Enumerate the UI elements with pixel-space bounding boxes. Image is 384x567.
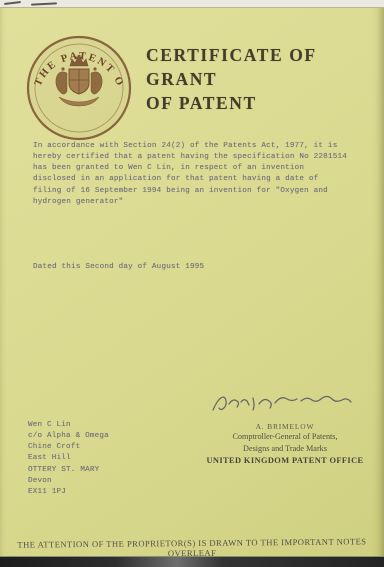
scanner-top-edge (0, 0, 384, 8)
body-line: In accordance with Section 24(2) of the … (33, 141, 349, 152)
title-line-2: OF PATENT (146, 93, 257, 113)
certificate-body: In accordance with Section 24(2) of the … (33, 141, 349, 208)
dated-line: Dated this Second day of August 1995 (33, 262, 204, 273)
address-line: c/o Alpha & Omega (28, 431, 109, 442)
address-line: East Hill (28, 453, 109, 464)
certificate-scan-page: THE PATENT OFFICE CERTIFICATE OF GRANT O… (0, 0, 384, 567)
signatory-title-line: Comptroller-General of Patents, (196, 432, 374, 443)
addressee-block: Wen C Lin c/o Alpha & Omega Chine Croft … (28, 420, 109, 498)
body-line: filing of 16 September 1994 being an inv… (33, 186, 349, 197)
handwritten-signature (205, 388, 365, 418)
address-line: Wen C Lin (28, 420, 109, 431)
address-line: EX11 1PJ (28, 487, 109, 498)
scanner-bottom-edge (0, 556, 384, 567)
address-line: Chine Croft (28, 442, 109, 453)
address-line: OTTERY ST. MARY (28, 465, 109, 476)
signatory-block: A. BRIMELOW Comptroller-General of Paten… (196, 388, 374, 465)
page-title: CERTIFICATE OF GRANT OF PATENT (146, 43, 372, 115)
body-line: hydrogen generator" (33, 197, 349, 208)
patent-office-seal royal-coat-of-arms-icon: THE PATENT OFFICE (24, 33, 134, 143)
body-line: disclosed in an application for that pat… (33, 174, 349, 185)
address-line: Devon (28, 476, 109, 487)
body-line: hereby certified that a patent having th… (33, 152, 349, 163)
signatory-title-line: Designs and Trade Marks (196, 444, 374, 455)
signatory-name: A. BRIMELOW (196, 422, 374, 431)
body-line: has been granted to Wen C Lin, in respec… (33, 163, 349, 174)
title-line-1: CERTIFICATE OF GRANT (146, 45, 316, 89)
signatory-organisation: UNITED KINGDOM PATENT OFFICE (196, 456, 374, 465)
